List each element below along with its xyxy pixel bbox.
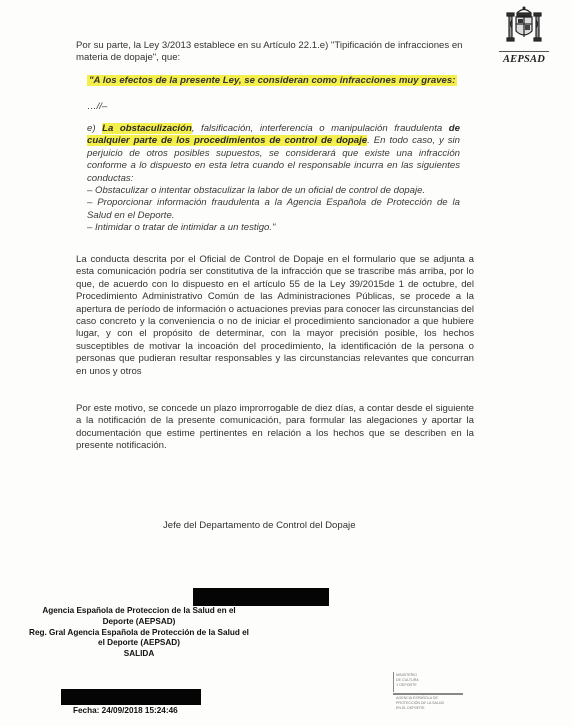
clause-bold: de bbox=[449, 123, 460, 134]
agency-name: AGENCIA ESPAÑOLA DE PROTECCIÓN DE LA SAL… bbox=[396, 696, 444, 711]
stamp-line: Deporte (AEPSAD) bbox=[14, 617, 264, 628]
document-page: AEPSAD Por su parte, la Ley 3/2013 estab… bbox=[0, 0, 572, 726]
quote-ellipsis: …//– bbox=[87, 101, 107, 113]
signature-title: Jefe del Departamento de Control del Dop… bbox=[163, 520, 356, 532]
redaction-block bbox=[61, 689, 201, 705]
clause-bullet: – Intimidar o tratar de intimidar a un t… bbox=[87, 222, 460, 234]
stamp-line: SALIDA bbox=[14, 649, 264, 660]
stamp-line: Reg. Gral Agencia Española de Protección… bbox=[14, 628, 264, 639]
legal-clause: e) La obstaculización, falsificación, in… bbox=[87, 123, 460, 235]
spanish-coat-of-arms-icon bbox=[502, 4, 546, 48]
clause-bullet: – Proporcionar información fraudulenta a… bbox=[87, 197, 460, 222]
body-paragraph-1: La conducta descrita por el Oficial de C… bbox=[76, 254, 474, 378]
ministry-horizontal-rule bbox=[393, 693, 463, 695]
redaction-block bbox=[193, 588, 329, 606]
clause-bullet: – Obstaculizar o intentar obstaculizar l… bbox=[87, 185, 460, 197]
ministry-name: MINISTERIO DE CULTURA Y DEPORTE bbox=[396, 673, 419, 688]
body-paragraph-2: Por este motivo, se concede un plazo imp… bbox=[76, 403, 474, 453]
clause-prefix: e) bbox=[87, 123, 102, 134]
registry-stamp: Agencia Española de Proteccion de la Sal… bbox=[14, 606, 264, 660]
ministry-line: Y DEPORTE bbox=[396, 683, 419, 688]
aepsad-wordmark: AEPSAD bbox=[492, 54, 556, 65]
intro-paragraph: Por su parte, la Ley 3/2013 establece en… bbox=[76, 40, 476, 65]
quote-heading-bold: muy graves: bbox=[399, 75, 456, 86]
quote-heading-text: "A los efectos de la presente Ley, se co… bbox=[89, 75, 399, 86]
stamp-line: el Deporte (AEPSAD) bbox=[14, 638, 264, 649]
logo-divider bbox=[499, 51, 549, 52]
quote-heading-highlight: "A los efectos de la presente Ley, se co… bbox=[87, 75, 457, 86]
clause-highlight-procedimientos: cualquier parte de los procedimientos de… bbox=[87, 135, 367, 146]
clause-highlight-obstaculizacion: La obstaculización bbox=[102, 123, 192, 134]
aepsad-logo: AEPSAD bbox=[492, 4, 556, 65]
ministry-vertical-rule bbox=[393, 672, 394, 692]
quote-heading: "A los efectos de la presente Ley, se co… bbox=[87, 75, 487, 87]
stamp-line: Agencia Española de Proteccion de la Sal… bbox=[14, 606, 264, 617]
stamp-date: Fecha: 24/09/2018 15:24:46 bbox=[73, 706, 178, 715]
agency-line: EN EL DEPORTE bbox=[396, 706, 444, 711]
clause-text: , falsificación, interferencia o manipul… bbox=[192, 123, 449, 134]
